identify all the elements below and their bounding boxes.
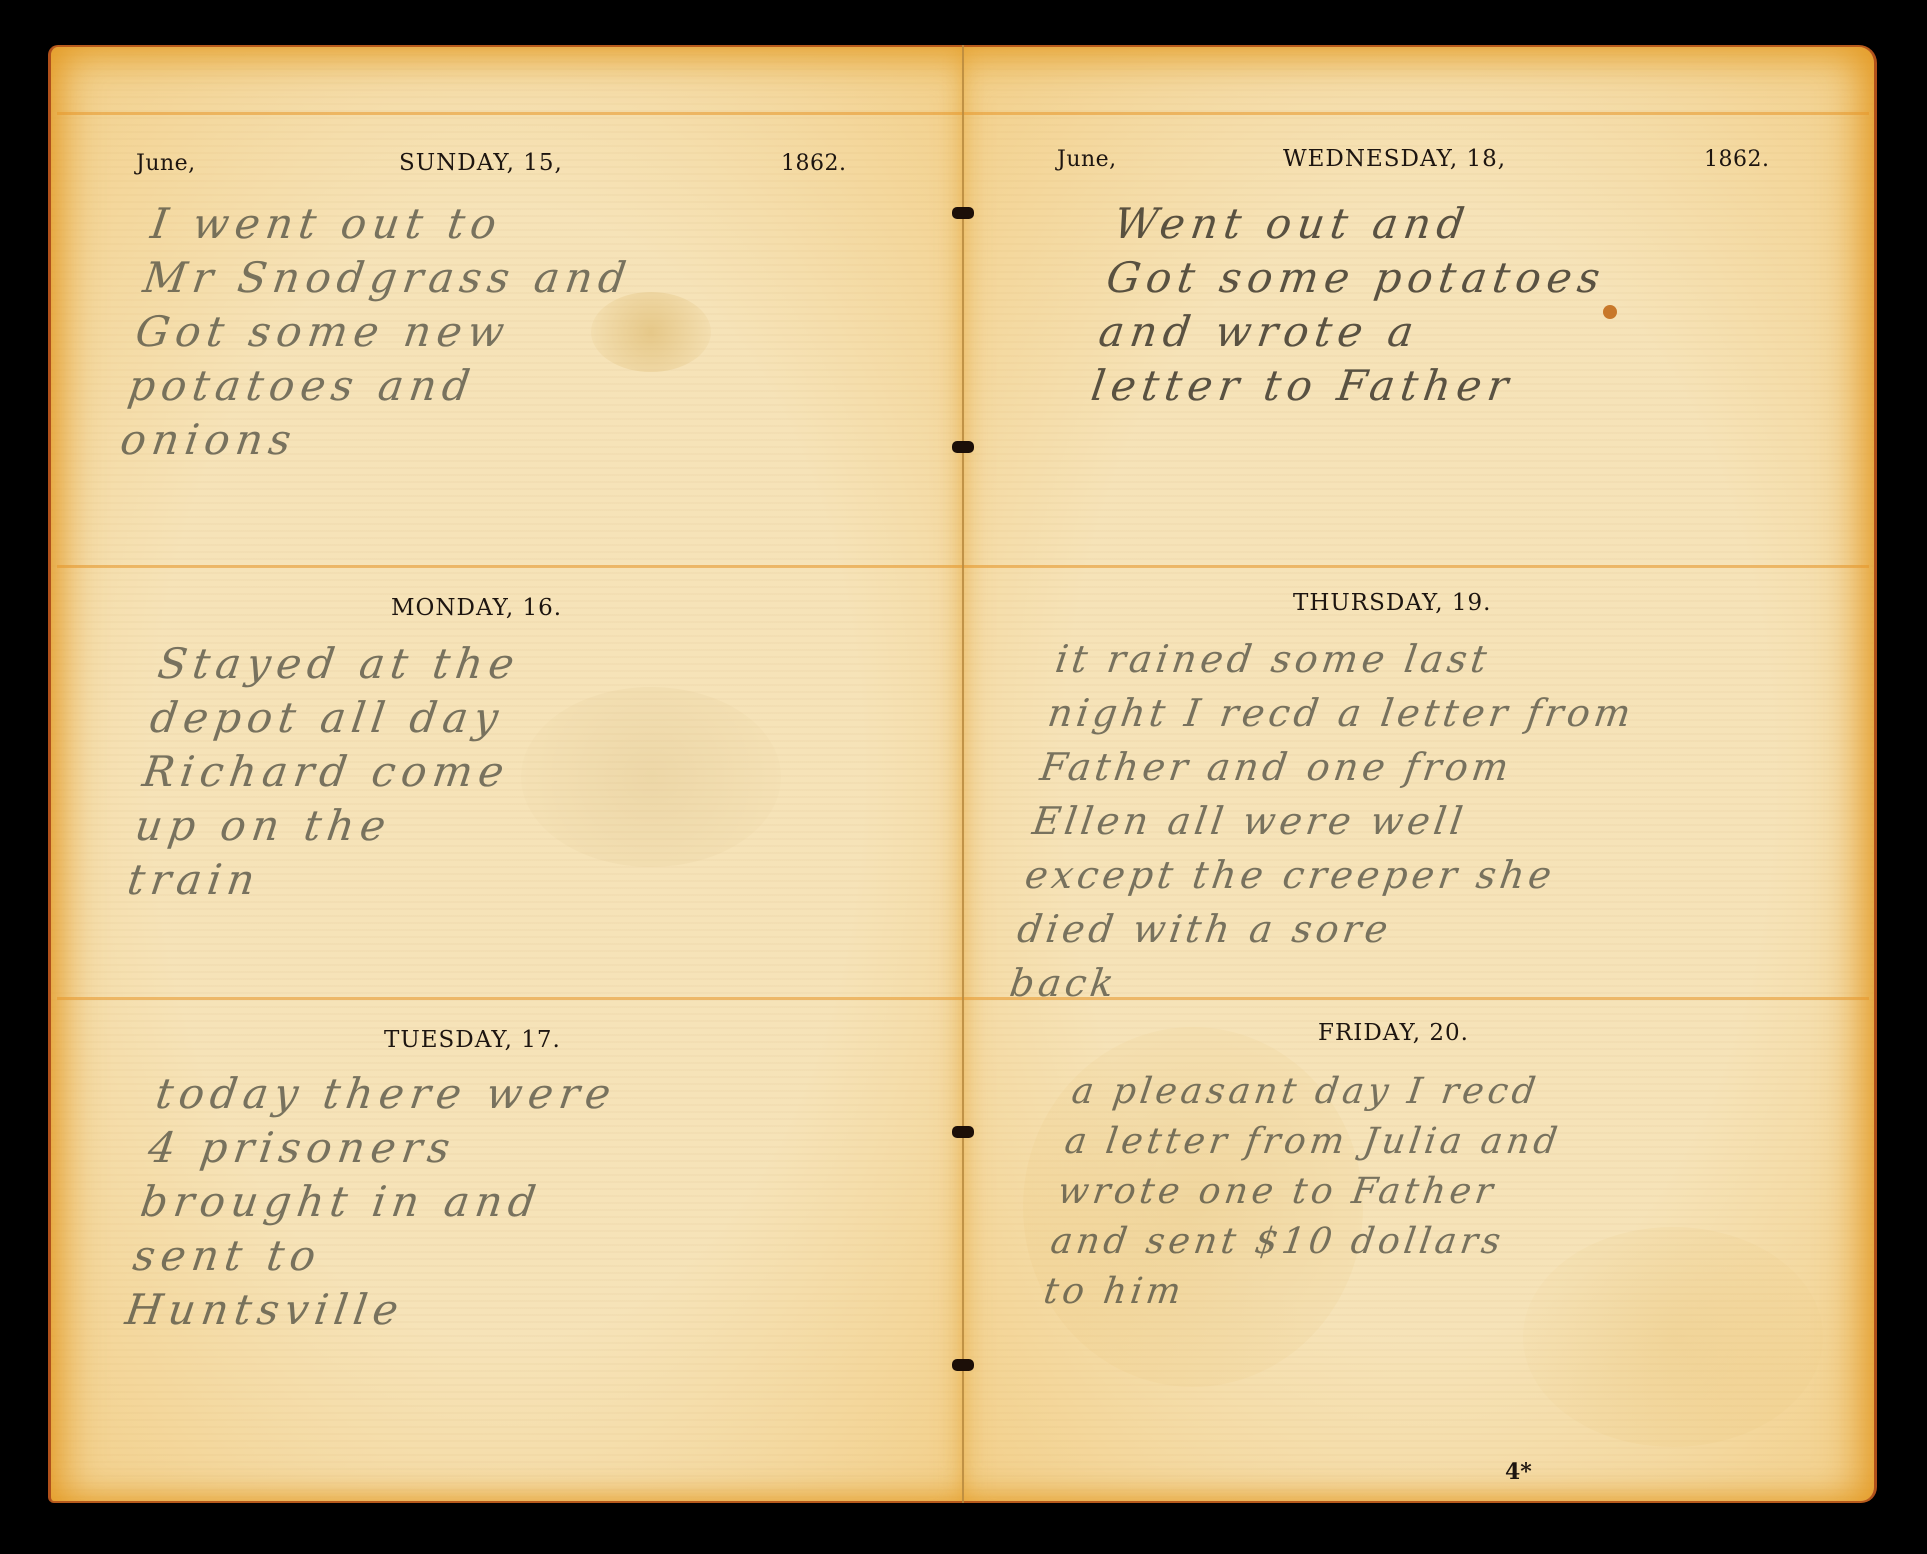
day-heading-monday: MONDAY, 16. <box>391 595 562 621</box>
day-heading-friday: FRIDAY, 20. <box>1318 1020 1469 1046</box>
entry-text-tuesday: today there were 4 prisoners brought in … <box>122 1067 620 1337</box>
book-spine <box>962 45 964 1503</box>
stitch-hole <box>952 1126 974 1138</box>
month-label: June, <box>1057 147 1117 172</box>
month-label: June, <box>136 151 196 176</box>
day-heading-tuesday: TUESDAY, 17. <box>384 1027 561 1053</box>
entry-text-friday: a pleasant day I recd a letter from Juli… <box>1040 1067 1571 1317</box>
day-heading-sunday: SUNDAY, 15, <box>399 150 563 176</box>
water-stain <box>521 687 781 867</box>
entry-text-wednesday: Went out and Got some potatoes and wrote… <box>1088 197 1617 413</box>
section-divider <box>57 997 966 1000</box>
year-label: 1862. <box>1704 147 1769 172</box>
page-number: 4* <box>1505 1459 1532 1485</box>
entry-text-monday: Stayed at the depot all day Richard come… <box>124 637 528 907</box>
top-rule <box>57 112 966 115</box>
year-label: 1862. <box>781 151 846 176</box>
day-heading-thursday: THURSDAY, 19. <box>1293 590 1491 616</box>
left-page: June, SUNDAY, 15, 1862. I went out to Mr… <box>48 45 963 1503</box>
entry-text-sunday: I went out to Mr Snodgrass and Got some … <box>117 197 643 467</box>
diary-spread: June, SUNDAY, 15, 1862. I went out to Mr… <box>48 45 1877 1503</box>
day-heading-wednesday: WEDNESDAY, 18, <box>1283 146 1506 172</box>
stitch-hole <box>952 1359 974 1371</box>
section-divider <box>963 565 1869 568</box>
right-page: June, WEDNESDAY, 18, 1862. Went out and … <box>963 45 1877 1503</box>
stitch-hole <box>952 441 974 453</box>
ink-spot <box>1603 305 1617 319</box>
water-stain <box>1523 1227 1823 1447</box>
entry-text-thursday: it rained some last night I recd a lette… <box>1006 632 1645 1010</box>
section-divider <box>57 565 966 568</box>
top-rule <box>963 112 1869 115</box>
stitch-hole <box>952 207 974 219</box>
